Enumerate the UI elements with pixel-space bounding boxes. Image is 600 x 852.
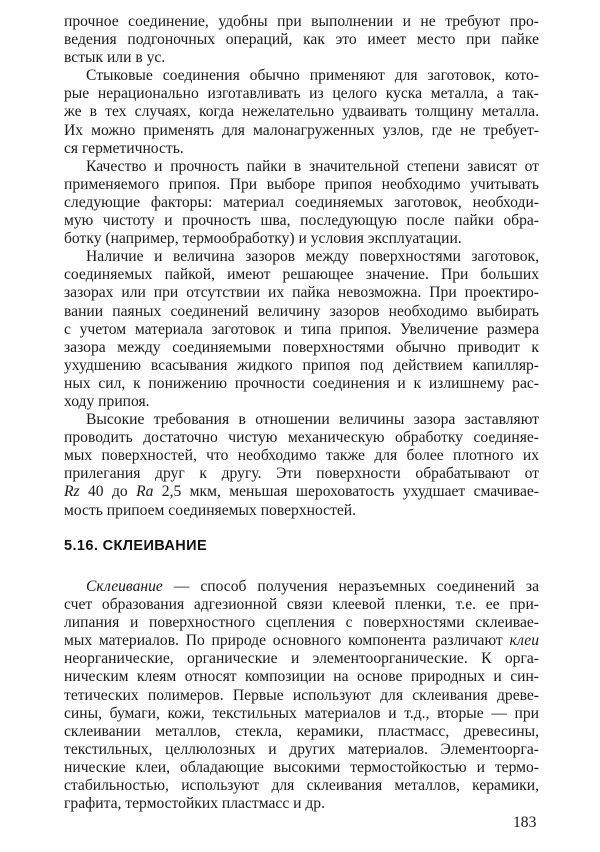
text-line: неорганические, органические и элементоо… <box>64 650 539 668</box>
page-body-top: прочное соединение, удобны при выполнени… <box>64 13 539 520</box>
ra-symbol: Ra <box>136 483 153 500</box>
text-line: вании паяных соединений величину зазоров… <box>64 303 539 321</box>
text-line: счет образования адгезионной связи клеев… <box>64 596 539 614</box>
text-line: нические клеи, обладающие высокими термо… <box>64 759 539 777</box>
paragraph-gap-requirements: Высокие требования в отношении величины … <box>64 411 539 520</box>
paragraph-butt-joints: Стыковые соединения обычно применяют для… <box>64 67 539 157</box>
text-line: ходу припоя. <box>64 393 539 411</box>
text-line: же в тех случаях, когда нежелательно удв… <box>64 103 539 121</box>
text-line: ухудшению всасывания жидкого припоя под … <box>64 357 539 375</box>
rz-value: 40 до <box>80 483 136 500</box>
text-line: зазора между соединяемыми поверхностями … <box>64 339 539 357</box>
roughness-rest: 2,5 мкм, меньшая шероховатость ухудшает … <box>153 483 539 500</box>
text-line: с учетом материала заготовок и типа прип… <box>64 321 539 339</box>
text-line: склеивании металлов, стекла, керамики, п… <box>64 723 539 741</box>
text-line: мых поверхностей, что необходимо также д… <box>64 447 539 465</box>
text-line: встык или в ус. <box>64 49 539 67</box>
text-line: зазорах или при отсутствии их пайка нево… <box>64 284 539 302</box>
text-line: ных сил, к понижению прочности соединени… <box>64 375 539 393</box>
paragraph-gluing-definition: Склеивание — способ получения неразъемны… <box>64 578 539 813</box>
text-line: мую чистоту и прочность шва, последующую… <box>64 212 539 230</box>
paragraph-continuation: прочное соединение, удобны при выполнени… <box>64 13 539 67</box>
text-fragment: мых материалов. По природе основного ком… <box>64 632 509 649</box>
text-line: Склеивание — способ получения неразъемны… <box>86 578 539 596</box>
term-gluing: Склеивание <box>86 578 163 595</box>
text-line: ническим клеям относят композиции на осн… <box>64 668 539 686</box>
rz-symbol: Rz <box>64 483 80 500</box>
text-line: Стыковые соединения обычно применяют для… <box>86 67 539 85</box>
text-line: текстильных, целлюлозных и других матери… <box>64 741 539 759</box>
text-line: следующие факторы: материал соединяемых … <box>64 194 539 212</box>
text-line: тетических полимеров. Первые используют … <box>64 687 539 705</box>
text-line: Высокие требования в отношении величины … <box>86 411 539 429</box>
text-line: ботку (например, термообработку) и услов… <box>64 230 539 248</box>
text-line: применяемого припоя. При выборе припоя н… <box>64 176 539 194</box>
text-line: Их можно применять для малонагруженных у… <box>64 122 539 140</box>
roughness-line: Rz 40 до Ra 2,5 мкм, меньшая шероховатос… <box>64 483 539 501</box>
text-line: графита, термостойких пластмасс и др. <box>64 795 539 813</box>
text-line: прочное соединение, удобны при выполнени… <box>64 13 539 31</box>
text-line: Качество и прочность пайки в значительно… <box>86 158 539 176</box>
paragraph-solder-quality: Качество и прочность пайки в значительно… <box>64 158 539 248</box>
text-fragment: — способ получения неразъемных соединени… <box>163 578 539 595</box>
text-line: мость припоем соединяемых поверхностей. <box>64 502 539 520</box>
text-line: мых материалов. По природе основного ком… <box>64 632 539 650</box>
text-line: соединяемых пайкой, имеют решающее значе… <box>64 266 539 284</box>
text-line: липания и поверхностного сцепления с пов… <box>64 614 539 632</box>
text-line: проводить достаточно чистую механическую… <box>64 429 539 447</box>
text-line: сины, бумаги, кожи, текстильных материал… <box>64 705 539 723</box>
text-line: рые нерационально изготавливать из целог… <box>64 85 539 103</box>
paragraph-gaps: Наличие и величина зазоров между поверхн… <box>64 248 539 411</box>
text-line: прилегания друг к другу. Эти поверхности… <box>64 465 539 483</box>
page-number: 183 <box>513 814 536 832</box>
term-glues: клеи <box>509 632 539 649</box>
text-line: Наличие и величина зазоров между поверхн… <box>86 248 539 266</box>
text-line: ся герметичность. <box>64 140 539 158</box>
section-heading: 5.16. СКЛЕИВАНИЕ <box>64 538 207 554</box>
text-line: стабильностью, используют для склеивания… <box>64 777 539 795</box>
text-line: ведения подгоночных операций, как это им… <box>64 31 539 49</box>
